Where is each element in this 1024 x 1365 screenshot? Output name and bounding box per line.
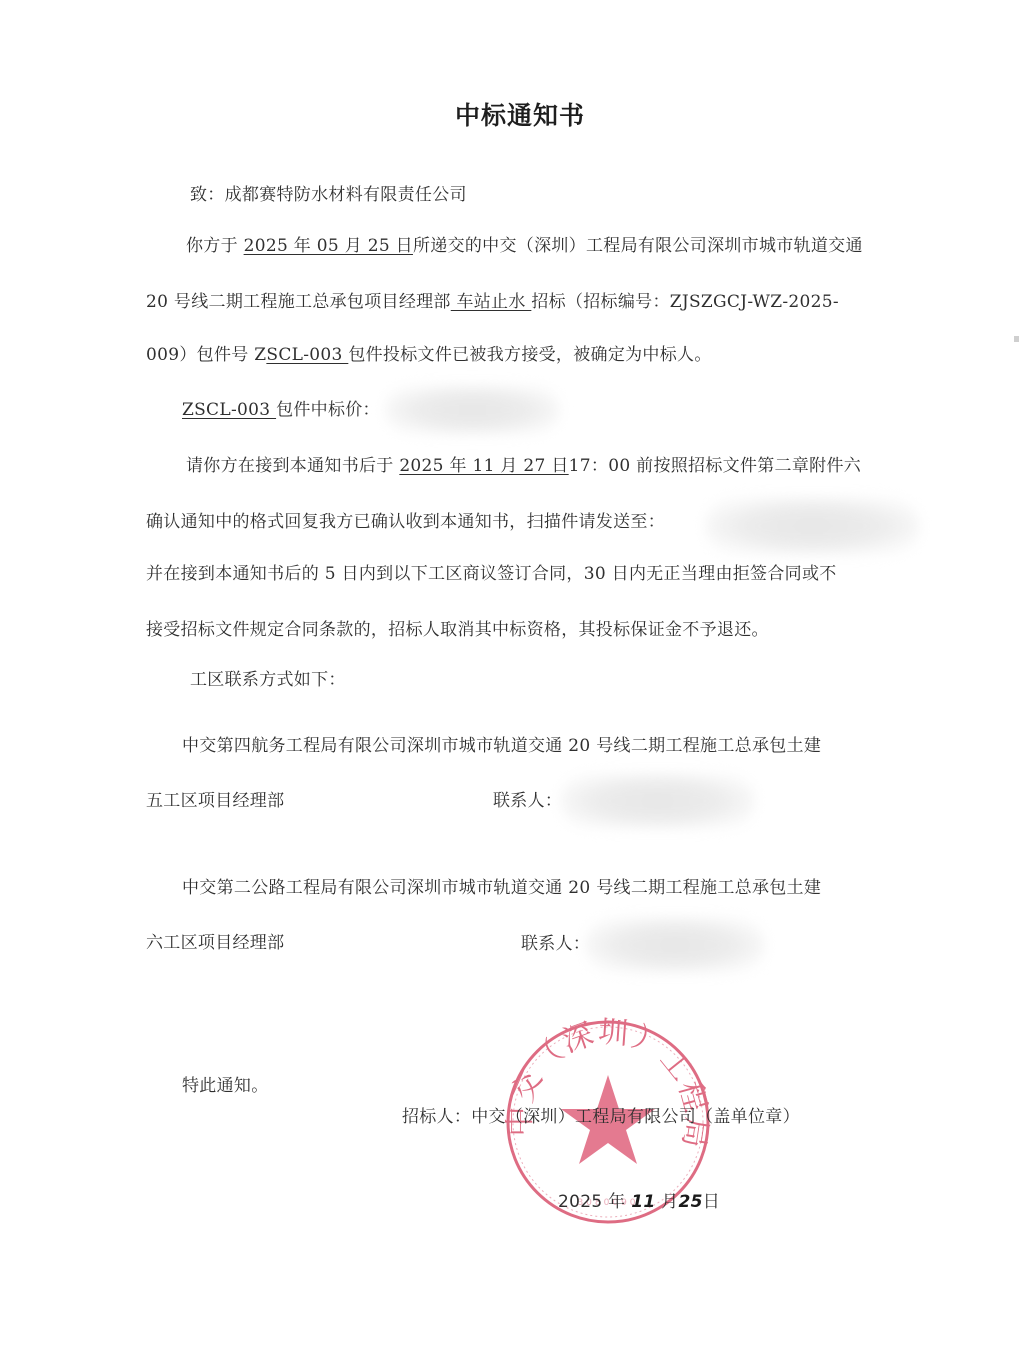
text-segment: 招标（招标编号：ZJSZGCJ-WZ-2025- xyxy=(531,292,839,312)
signature-date: 2025 年 11 月25日 xyxy=(558,1190,720,1214)
contact1-line2: 五工区项目经理部 xyxy=(146,789,284,813)
package-number: SCL-003 xyxy=(266,345,348,365)
redacted-bid-price xyxy=(385,385,560,435)
contact1-person-label: 联系人： xyxy=(493,789,562,813)
date-day: 25 xyxy=(678,1192,702,1212)
document-page: 中标通知书 致：成都赛特防水材料有限责任公司 你方于 2025 年 05 月 2… xyxy=(0,0,1024,1365)
contact1-line1: 中交第四航务工程局有限公司深圳市城市轨道交通 20 号线二期工程施工总承包土建 xyxy=(182,734,821,758)
deadline-date: 2025 年 11 月 27 日 xyxy=(399,456,568,476)
redacted-contact2 xyxy=(585,917,765,973)
text-segment: 请你方在接到本通知书后于 xyxy=(186,456,399,476)
redacted-contact1 xyxy=(560,773,755,829)
contacts-heading: 工区联系方式如下： xyxy=(190,668,346,692)
paragraph1-line2: 20 号线二期工程施工总承包项目经理部 车站止水 招标（招标编号：ZJSZGCJ… xyxy=(146,290,839,314)
bid-price-line: ZSCL-003 包件中标价： xyxy=(182,398,380,422)
contact2-line2: 六工区项目经理部 xyxy=(146,931,284,955)
document-title: 中标通知书 xyxy=(0,96,1024,132)
svg-text:中交（深圳）工程局有限公司: 中交（深圳）工程局有限公司 xyxy=(503,1017,713,1152)
text-segment: 009）包件号 Z xyxy=(146,345,266,365)
bid-price-label: 包件中标价： xyxy=(276,400,380,420)
paragraph2-line2: 确认通知中的格式回复我方已确认收到本通知书，扫描件请发送至： xyxy=(146,510,665,534)
paragraph1-line3: 009）包件号 ZSCL-003 包件投标文件已被我方接受，被确定为中标人。 xyxy=(146,343,712,367)
addressee-line: 致：成都赛特防水材料有限责任公司 xyxy=(190,183,467,207)
date-year: 2025 xyxy=(558,1192,602,1212)
submit-date: 2025 年 05 月 25 日 xyxy=(244,236,413,256)
scan-artifact xyxy=(1014,336,1019,342)
contact2-person-label: 联系人： xyxy=(521,932,590,956)
text-segment: 17：00 前按照招标文件第二章附件六 xyxy=(569,456,861,476)
bid-package: ZSCL-003 xyxy=(182,400,276,420)
contact2-line1: 中交第二公路工程局有限公司深圳市城市轨道交通 20 号线二期工程施工总承包土建 xyxy=(182,876,821,900)
text-segment: 并在接到本通知书后的 5 日内到以下工区商议签订合同，30 日内无正当理由拒签合… xyxy=(146,564,837,584)
date-year-unit: 年 xyxy=(602,1192,625,1212)
tender-name: 车站止水 xyxy=(451,292,532,312)
text-segment: 你方于 xyxy=(186,236,244,256)
redacted-email xyxy=(705,497,920,555)
text-segment: 20 号线二期工程施工总承包项目经理部 xyxy=(146,292,451,312)
text-segment: 包件投标文件已被我方接受，被确定为中标人。 xyxy=(348,345,711,365)
closing-text: 特此通知。 xyxy=(182,1074,269,1098)
tenderer-label: 招标人： xyxy=(402,1107,471,1127)
addressee-name: 成都赛特防水材料有限责任公司 xyxy=(225,185,467,205)
text-segment: 所递交的中交（深圳）工程局有限公司深圳市城市轨道交通 xyxy=(413,236,863,256)
paragraph2-line1: 请你方在接到本通知书后于 2025 年 11 月 27 日17：00 前按照招标… xyxy=(186,454,861,478)
addressee-prefix: 致： xyxy=(190,185,225,205)
seal-note: （盖单位章） xyxy=(696,1107,800,1127)
signature-line: 招标人：中交（深圳）工程局有限公司（盖单位章） xyxy=(402,1105,800,1129)
date-day-unit: 日 xyxy=(703,1192,720,1212)
paragraph2-line3: 并在接到本通知书后的 5 日内到以下工区商议签订合同，30 日内无正当理由拒签合… xyxy=(146,562,837,586)
date-month: 11 xyxy=(631,1192,655,1212)
paragraph1-line1: 你方于 2025 年 05 月 25 日所递交的中交（深圳）工程局有限公司深圳市… xyxy=(186,234,863,258)
date-month-unit: 月 xyxy=(655,1192,678,1212)
paragraph2-line4: 接受招标文件规定合同条款的，招标人取消其中标资格，其投标保证金不予退还。 xyxy=(146,618,769,642)
tenderer-organization: 中交（深圳）工程局有限公司 xyxy=(471,1107,696,1127)
text-segment: 接受招标文件规定合同条款的，招标人取消其中标资格，其投标保证金不予退还。 xyxy=(146,620,769,640)
text-segment: 确认通知中的格式回复我方已确认收到本通知书，扫描件请发送至： xyxy=(146,512,665,532)
